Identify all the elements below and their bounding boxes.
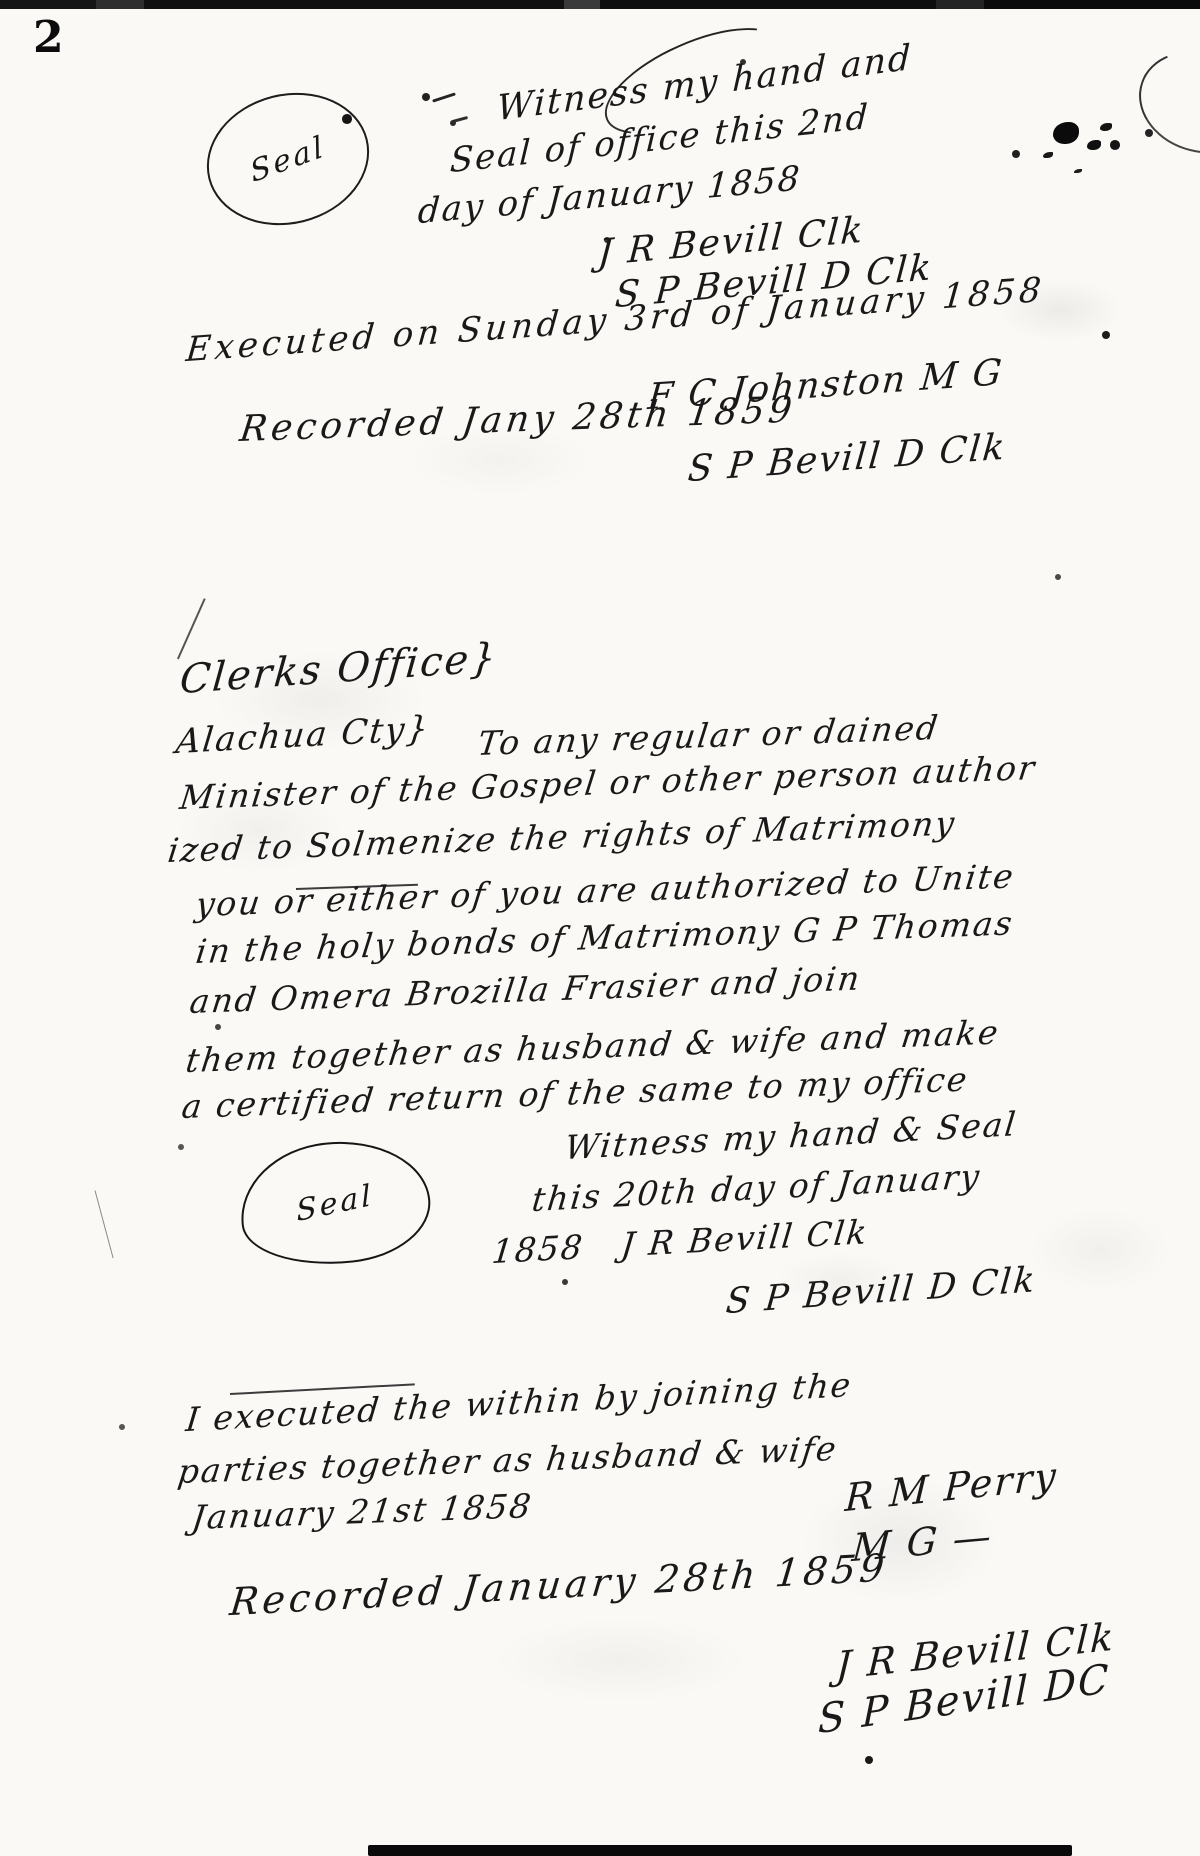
page-number: 2 (33, 12, 64, 63)
ink-blot (1053, 122, 1079, 144)
return-date-line: January 21st 1858 (190, 1488, 535, 1536)
seal-label: Seal (247, 129, 328, 190)
deputy-clerk-signature: S P Bevill D Clk (724, 1261, 1038, 1322)
witness-clause-line: this 20th day of January (530, 1158, 983, 1218)
deputy-clerk-signature: S P Bevill D Clk (686, 428, 1008, 490)
seal-label: Seal (295, 1177, 375, 1228)
county-heading: Alachua Cty} (174, 711, 432, 762)
return-note-line: I executed the within by joining the (184, 1367, 854, 1438)
scan-artifact-bottom-edge (368, 1845, 1072, 1856)
office-heading: Clerks Office} (178, 636, 499, 703)
pen-scratch-mark (95, 1190, 114, 1258)
recorded-note-line: Recorded January 28th 1859 (228, 1547, 890, 1624)
seal-flourish-cloud: Seal (234, 1132, 436, 1273)
pen-scratch-mark (177, 598, 205, 659)
seal-flourish-oval: Seal (193, 76, 384, 242)
license-body-line: ized to Solmenize the rights of Matrimon… (166, 805, 958, 869)
scan-artifact-top-edge (0, 0, 1200, 9)
ink-dash-mark (432, 92, 456, 102)
document-scan: { "page_number": "2", "ink_color": "#191… (0, 0, 1200, 1856)
ink-dash-mark (452, 116, 468, 123)
recorded-note-line: Recorded Jany 28th 1859 (238, 391, 798, 450)
license-body-line: and Omera Brozilla Frasier and join (188, 960, 864, 1020)
minister-signature: R M Perry (844, 1455, 1059, 1520)
clerk-signature: 1858 J R Bevill Clk (490, 1214, 870, 1270)
pen-flourish-stroke (1126, 35, 1200, 168)
paper-page: 2 Seal Witness my hand and Seal of offic… (0, 0, 1200, 1856)
return-note-line: parties together as husband & wife (176, 1431, 840, 1491)
